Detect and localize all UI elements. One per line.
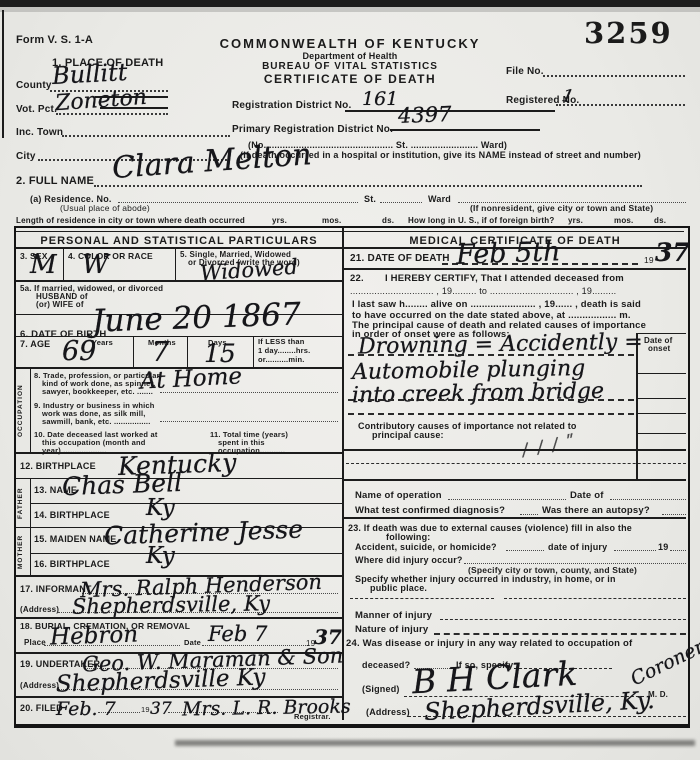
residence-no-line (118, 202, 358, 203)
q23-line7: public place. (370, 583, 427, 593)
informant-address-label: (Address) (20, 605, 59, 614)
scan-bottom-smudge (175, 740, 695, 746)
inc-town-label: Inc. Town (16, 127, 63, 138)
mother-cell-divider (30, 527, 31, 575)
q23-blank-line-a (350, 598, 494, 599)
manner-of-injury-label: Manner of injury (355, 610, 432, 621)
father-birthplace-value: Ky (146, 495, 175, 521)
q23-19-line (670, 550, 686, 551)
age-divider-2 (187, 336, 188, 367)
residence-st-label: St. (364, 194, 376, 204)
residence-ward-label: Ward (428, 194, 451, 204)
burial-date-value: Feb 7 (208, 622, 267, 646)
full-name-line (94, 185, 642, 187)
scan-top-bar (0, 0, 700, 7)
inc-town-line (62, 135, 230, 137)
age-divider-1 (133, 336, 134, 367)
county-value: Bullitt (51, 58, 128, 90)
operation-line (448, 499, 566, 500)
filed-year-value: 37 (150, 699, 172, 719)
onset-row-line-2 (638, 398, 686, 399)
mos1-label: mos. (322, 216, 341, 225)
certificate-number: 3259 (584, 16, 673, 50)
operation-label: Name of operation (355, 490, 442, 501)
occupation-side-label: OCCUPATION (17, 372, 24, 450)
q5a-line3: (or) WIFE of (36, 300, 84, 309)
yrs2-label: yrs. (568, 216, 583, 225)
q23-blank-line-b (504, 598, 686, 599)
q22-line3: I last saw h........ alive on ..........… (352, 299, 641, 310)
filed-date-value: Feb. 7 (56, 698, 116, 720)
q22-certify: I HEREBY CERTIFY, That I attended deceas… (385, 273, 624, 284)
age-less-3: or..........min. (258, 355, 305, 364)
vot-pct-value: Zoneton (54, 85, 148, 116)
mother-birthplace-value: Ky (146, 543, 175, 569)
contributory-label-2: principal cause: (372, 430, 444, 440)
county-label: County (16, 80, 52, 91)
rule-under-q21 (344, 268, 686, 270)
rule-under-row1 (16, 280, 342, 282)
q23-19-label: 19 (658, 542, 668, 552)
date-of-death-label: 21. DATE OF DEATH (350, 253, 450, 264)
scan-left-edge-line (2, 10, 4, 138)
occupation-cell-divider (30, 367, 31, 452)
q21-year-prefix: 19 (644, 255, 654, 265)
q9-line3: sawmill, bank, etc. ................ (42, 417, 150, 426)
rule-under-informant (16, 617, 342, 619)
test-label: What test confirmed diagnosis? (355, 505, 505, 516)
operation-date-line (610, 499, 686, 500)
cell-divider-sex-color (63, 247, 64, 280)
scan-top-smudge (0, 7, 700, 12)
autopsy-label: Was there an autopsy? (542, 505, 650, 516)
death-certificate-scan: Form V. S. 1-A 3259 COMMONWEALTH OF KENT… (0, 0, 700, 760)
primary-district-label: Primary Registration District No. (232, 124, 393, 135)
q23-date-injury-label: date of injury (548, 542, 607, 552)
age-divider-3 (253, 336, 254, 367)
header-title: CERTIFICATE OF DEATH (210, 72, 490, 86)
onset-row-line-1 (638, 373, 686, 374)
main-box-inner-rule (16, 231, 684, 232)
mos2-label: mos. (614, 216, 633, 225)
q21-year-value: 37 (655, 238, 690, 267)
residence-st-line (380, 202, 422, 203)
onset-column-divider (636, 333, 638, 481)
age-less-2: 1 day........hrs. (258, 346, 310, 355)
manner-of-injury-line (440, 619, 686, 620)
length-residence-label: Length of residence in city or town wher… (16, 216, 245, 225)
q8-value: At Home (139, 363, 242, 394)
age-label: 7. AGE (20, 339, 50, 349)
mother-side-label: MOTHER (17, 530, 24, 574)
q24-line1: 24. Was disease or injury in any way rel… (346, 638, 632, 649)
color-race-label: 4. COLOR OR RACE (68, 251, 153, 261)
undertaker-address-label: (Address) (20, 681, 59, 690)
filed-year-prefix: 19 (141, 705, 150, 714)
rule-mother-split (30, 553, 342, 554)
registered-no-line (556, 104, 685, 106)
cause-line-3: into creek from bridge (352, 379, 604, 408)
informant-address-value: Shepherdsville, Ky (72, 591, 270, 618)
primary-district-value: 4397 (398, 102, 452, 128)
burial-place-value: Hebron (50, 621, 139, 650)
nature-of-injury-line (434, 633, 686, 635)
q22-number: 22. (350, 273, 364, 284)
onset-box-top (636, 333, 686, 334)
full-name-value: Clara Melton (111, 137, 313, 186)
how-long-us-label: How long in U. S., if of foreign birth? (408, 216, 554, 225)
rule-contributory-1 (344, 449, 686, 451)
operation-date-label: Date of (570, 490, 604, 501)
city-label: City (16, 151, 36, 162)
q23-where-label: Where did injury occur? (355, 555, 463, 565)
personal-heading: PERSONAL AND STATISTICAL PARTICULARS (16, 235, 342, 247)
form-number: Form V. S. 1-A (16, 34, 93, 46)
ds2-label: ds. (654, 216, 666, 225)
age-months-value: 7 (152, 337, 169, 368)
date-of-death-value: Feb 5th (455, 236, 561, 271)
header-department: Department of Health (210, 51, 490, 61)
cell-divider-color-marital (175, 247, 176, 280)
test-line (520, 514, 538, 515)
full-name-label: 2. FULL NAME (16, 175, 94, 187)
q23-accident-line (506, 550, 544, 551)
header-bureau: BUREAU OF VITAL STATISTICS (210, 61, 490, 72)
header-commonwealth: COMMONWEALTH OF KENTUCKY (210, 36, 490, 51)
registrar-label: Registrar. (294, 712, 331, 721)
age-less-1: If LESS than (258, 337, 305, 346)
abode-note: (Usual place of abode) (60, 203, 150, 213)
color-race-value: W (82, 250, 109, 280)
burial-place-label: Place (24, 638, 46, 647)
sex-value: M (30, 250, 57, 280)
nature-of-injury-label: Nature of injury (355, 624, 428, 635)
rule-under-autopsy (344, 517, 686, 519)
q23-date-injury-line (614, 550, 656, 551)
cause-rule-1 (348, 354, 634, 356)
rule-contributory-2 (346, 463, 686, 464)
q23-line2: following: (386, 532, 431, 542)
registration-district-value: 161 (362, 88, 398, 110)
age-years-value: 69 (62, 336, 96, 367)
registration-district-label: Registration District No. (232, 100, 351, 111)
q9-line-leader (160, 421, 338, 422)
onset-label-2: onset (648, 344, 670, 353)
q24-deceased-label: deceased? (362, 660, 410, 670)
q22-line2: ............................... , 19....… (350, 286, 616, 296)
signed-address-label: (Address) (366, 707, 410, 717)
rule-row1-top (16, 247, 342, 249)
cause-rule-2 (348, 399, 634, 401)
cause-rule-3 (348, 413, 634, 415)
onset-row-line-4 (638, 433, 686, 434)
autopsy-line (662, 514, 686, 515)
yrs1-label: yrs. (272, 216, 287, 225)
file-no-line (543, 75, 685, 77)
mother-birthplace-label: 16. BIRTHPLACE (34, 559, 110, 569)
signed-label: (Signed) (362, 684, 400, 694)
rule-contributory-3 (344, 479, 686, 481)
file-no-label: File No. (506, 66, 544, 77)
q8-line3: sawyer, bookkeeper, etc. ....... (42, 387, 153, 396)
rule-father-split (30, 503, 342, 504)
nonresident-note: (If nonresident, give city or town and S… (470, 203, 653, 213)
dob-value: June 20 1867 (91, 296, 301, 339)
vot-pct-label: Vot. Pct. (16, 104, 57, 115)
q23-accident-label: Accident, suicide, or homicide? (355, 542, 497, 552)
birthplace-label: 12. BIRTHPLACE (20, 461, 96, 471)
q23-where-line (464, 563, 686, 564)
father-birthplace-label: 14. BIRTHPLACE (34, 510, 110, 520)
burial-date-label: Date (184, 638, 201, 647)
father-side-label: FATHER (17, 481, 24, 525)
ds1-label: ds. (382, 216, 394, 225)
onset-row-line-3 (638, 413, 686, 414)
primary-district-line (390, 129, 540, 131)
